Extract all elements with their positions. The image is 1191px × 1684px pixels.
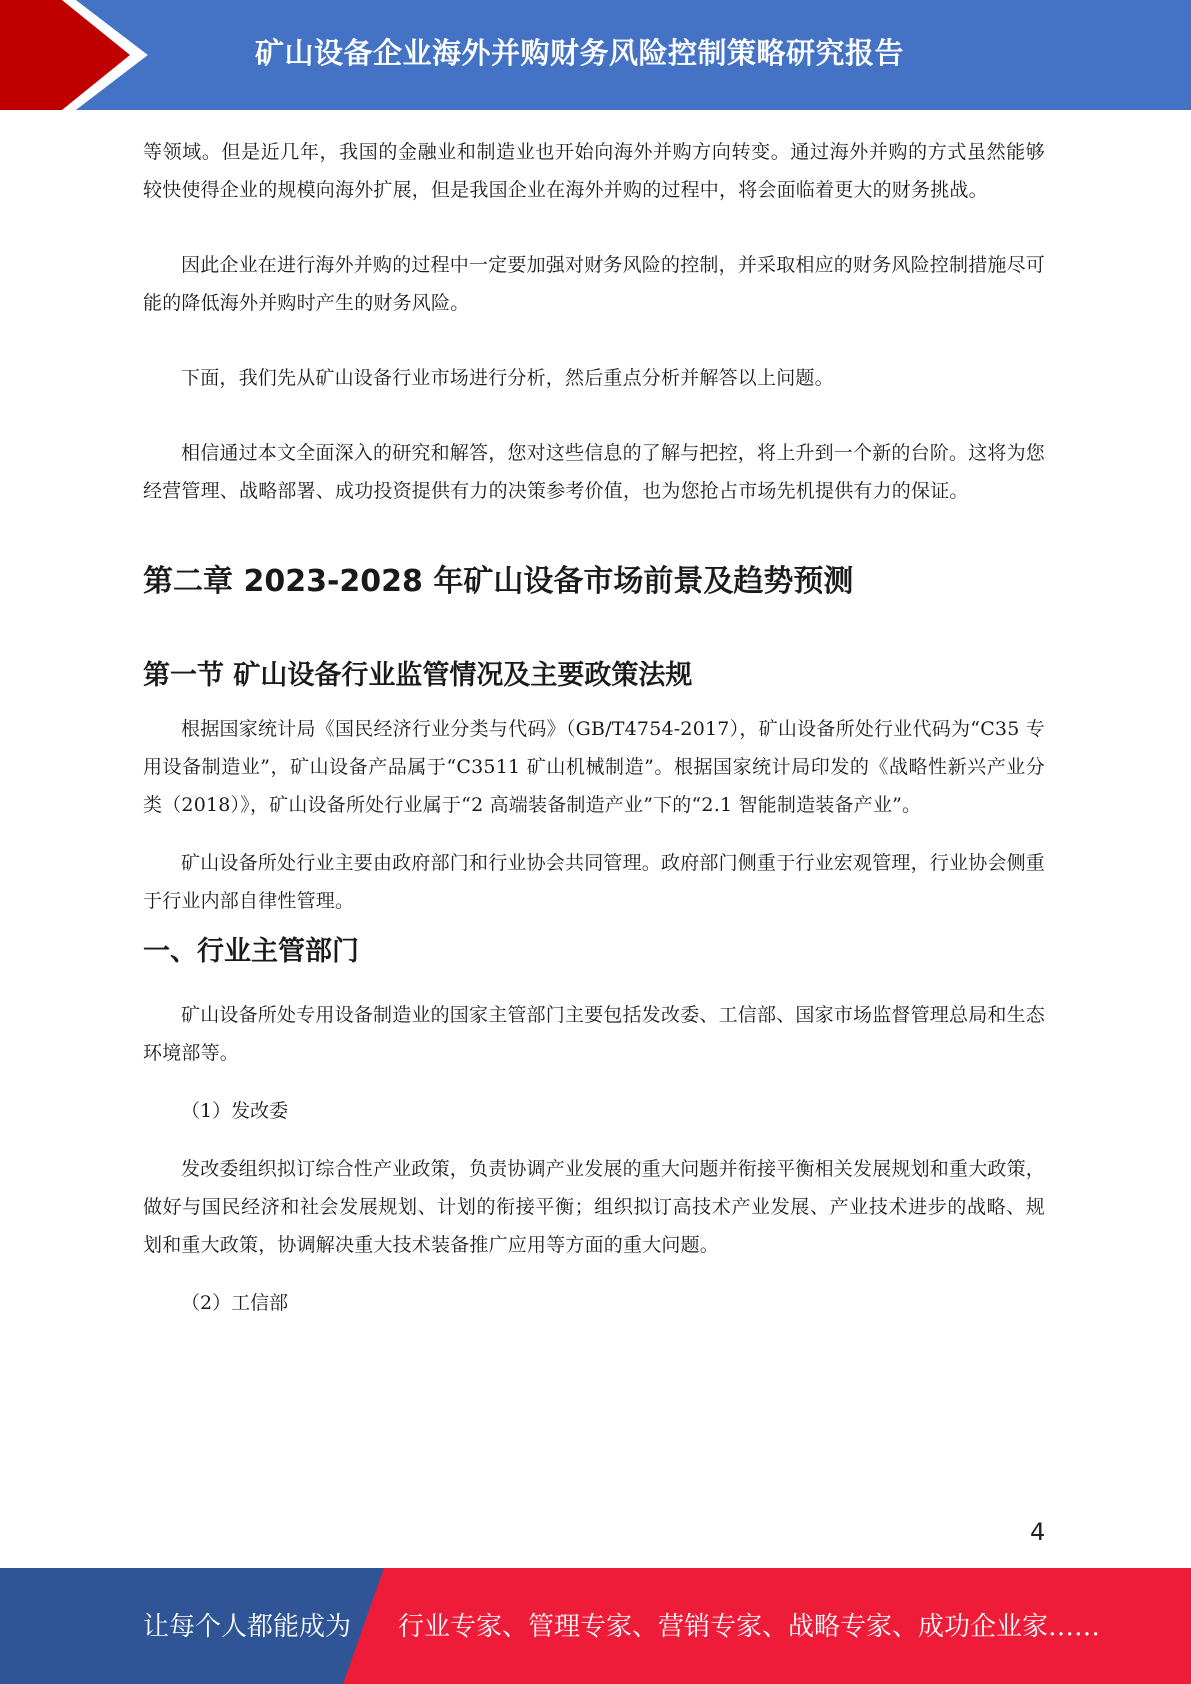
subsection-title: 一、行业主管部门 (143, 934, 1045, 970)
paragraph: 矿山设备所处行业主要由政府部门和行业协会共同管理。政府部门侧重于行业宏观管理，行… (143, 844, 1045, 920)
report-title: 矿山设备企业海外并购财务风险控制策略研究报告 (255, 28, 904, 78)
page-header: 矿山设备企业海外并购财务风险控制策略研究报告 (0, 0, 1191, 110)
paragraph: 矿山设备所处专用设备制造业的国家主管部门主要包括发改委、工信部、国家市场监督管理… (143, 996, 1045, 1072)
paragraph: 相信通过本文全面深入的研究和解答，您对这些信息的了解与把控，将上升到一个新的台阶… (143, 434, 1045, 510)
chapter-title: 第二章 2023-2028 年矿山设备市场前景及趋势预测 (143, 562, 1045, 602)
footer-slogan-right: 行业专家、管理专家、营销专家、战略专家、成功企业家…… (398, 1606, 1100, 1643)
footer-slogan-left: 让每个人都能成为 (143, 1606, 351, 1643)
paragraph: 下面，我们先从矿山设备行业市场进行分析，然后重点分析并解答以上问题。 (143, 359, 1045, 397)
list-item-label: （1）发改委 (143, 1092, 1045, 1130)
arrow-decoration-icon (0, 0, 160, 110)
paragraph: 根据国家统计局《国民经济行业分类与代码》（GB/T4754-2017），矿山设备… (143, 710, 1045, 824)
paragraph-continuation: 等领域。但是近几年，我国的金融业和制造业也开始向海外并购方向转变。通过海外并购的… (143, 133, 1045, 209)
paragraph: 因此企业在进行海外并购的过程中一定要加强对财务风险的控制，并采取相应的财务风险控… (143, 246, 1045, 322)
page-footer: 让每个人都能成为 行业专家、管理专家、营销专家、战略专家、成功企业家…… (0, 1568, 1191, 1684)
paragraph: 发改委组织拟订综合性产业政策，负责协调产业发展的重大问题并衔接平衡相关发展规划和… (143, 1150, 1045, 1264)
section-title: 第一节 矿山设备行业监管情况及主要政策法规 (143, 658, 1045, 694)
list-item-label: （2）工信部 (143, 1284, 1045, 1322)
page-number: 4 (1030, 1518, 1045, 1546)
document-body: 等领域。但是近几年，我国的金融业和制造业也开始向海外并购方向转变。通过海外并购的… (143, 133, 1045, 1322)
